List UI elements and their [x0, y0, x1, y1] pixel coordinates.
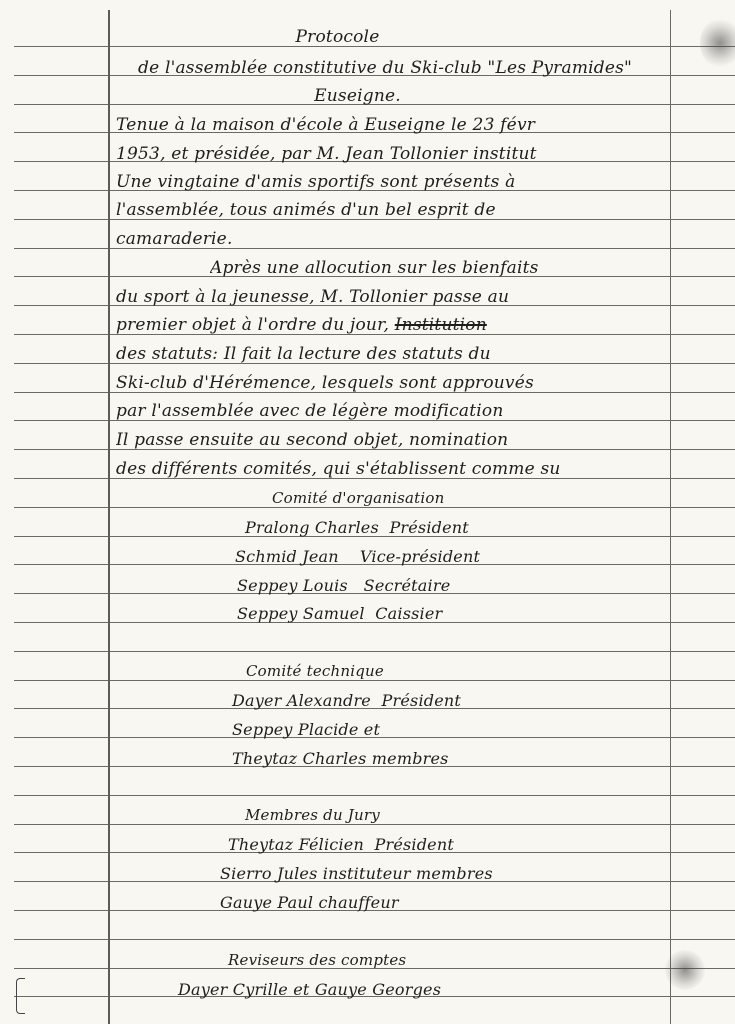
paragraph-2-line: premier objet à l'ordre du jour, Institu… [116, 315, 735, 335]
left-margin-line [108, 10, 110, 1024]
committee-member: Seppey Placide et [232, 720, 380, 739]
committee-member: Sierro Jules instituteur membres [220, 864, 493, 883]
committee-member: Theytaz Charles membres [232, 749, 449, 768]
committee-member: Pralong Charles Président [245, 518, 469, 537]
ruled-line [14, 795, 735, 796]
committee-member: Gauye Paul chauffeur [220, 893, 399, 912]
struck-word: Institution [395, 315, 487, 335]
margin-bracket-mark [16, 978, 25, 1014]
ruled-line [14, 824, 735, 825]
paragraph-1-line: camaraderie. [116, 229, 735, 249]
committee-member: Dayer Cyrille et Gauye Georges [178, 980, 441, 999]
ruled-line [14, 507, 735, 508]
committee-member: Theytaz Félicien Président [228, 835, 454, 854]
paragraph-2-line: des différents comités, qui s'établissen… [116, 459, 735, 479]
paragraph-2-line: Ski-club d'Hérémence, lesquels sont appr… [116, 373, 735, 393]
ruled-line [14, 680, 735, 681]
paragraph-1-line: Tenue à la maison d'école à Euseigne le … [116, 115, 735, 135]
ruled-line [14, 939, 735, 940]
committee-member: Seppey Samuel Caissier [237, 604, 442, 623]
paragraph-1-line: l'assemblée, tous animés d'un bel esprit… [116, 200, 735, 220]
paragraph-2-line: du sport à la jeunesse, M. Tollonier pas… [116, 287, 735, 307]
committee-heading: Comité technique [246, 662, 384, 680]
paragraph-2-line: Il passe ensuite au second objet, nomina… [116, 430, 735, 450]
committee-member: Schmid Jean Vice-président [235, 547, 480, 566]
document-title: Protocole [0, 27, 705, 47]
paragraph-2-line: par l'assemblée avec de légère modificat… [116, 401, 735, 421]
document-subtitle: de l'assemblée constitutive du Ski-club … [138, 58, 735, 78]
notebook-page: Protocole de l'assemblée constitutive du… [0, 0, 735, 1024]
ink-smudge [665, 950, 705, 990]
paragraph-2-line: Après une allocution sur les bienfaits [210, 258, 735, 278]
committee-member: Dayer Alexandre Président [232, 691, 461, 710]
ruled-line [14, 651, 735, 652]
committee-member: Seppey Louis Secrétaire [237, 576, 450, 595]
committee-heading: Comité d'organisation [272, 489, 445, 507]
paragraph-2-text: premier objet à l'ordre du jour, [116, 315, 389, 335]
committee-heading: Reviseurs des comptes [228, 951, 406, 969]
paragraph-1-line: 1953, et présidée, par M. Jean Tollonier… [116, 144, 735, 164]
committee-heading: Membres du Jury [245, 806, 380, 824]
document-subtitle-place: Euseigne. [0, 86, 725, 106]
paragraph-1-line: Une vingtaine d'amis sportifs sont prése… [116, 172, 735, 192]
paragraph-2-line: des statuts: Il fait la lecture des stat… [116, 344, 735, 364]
